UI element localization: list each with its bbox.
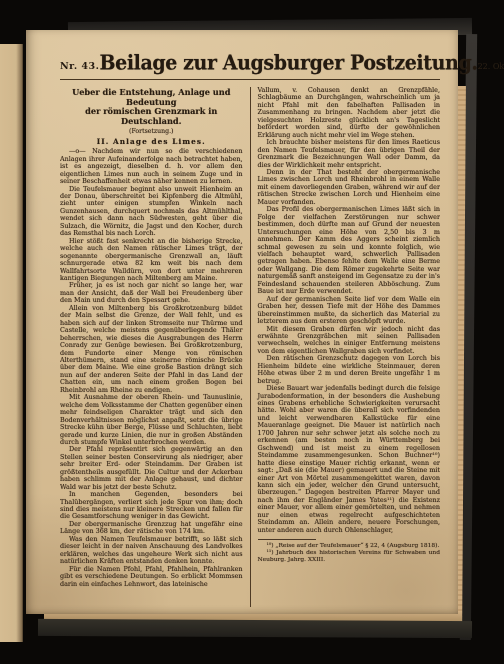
facing-page-edge <box>0 44 23 642</box>
continuation-note: (Fortsetzung.) <box>60 128 243 135</box>
article-paragraph: Ich brauchte bisher meistens für den lim… <box>258 139 441 169</box>
book-cover-bottom-edge <box>38 619 472 638</box>
section-heading: II. Anlage des Limes. <box>60 138 243 145</box>
article-paragraph: In manchen Gegenden, besonders bei Thalü… <box>60 491 243 521</box>
article-paragraph: —o— Nachdem wir nun so die verschiedenen… <box>60 148 243 185</box>
issue-date: 22. Okt. 1896. <box>478 62 504 71</box>
footnote: ¹¹) Jahrbuch des historischen Vereins fü… <box>258 550 441 564</box>
article-paragraph: Diese Bauart war jedenfalls bedingt durc… <box>258 385 441 534</box>
article-paragraph: Mit Ausnahme der oberen Rhein- und Taunu… <box>60 394 243 446</box>
article-paragraph: Mit diesem Graben dürfen wir jedoch nich… <box>258 326 441 356</box>
article-paragraph: Der obergermanische Grenzzug hat ungefäh… <box>60 521 243 536</box>
article-paragraph: Die Teufelsmauer beginnt also unweit Hie… <box>60 186 243 238</box>
article-paragraph: Allein von Miltenberg bis Großkrotzenbur… <box>60 305 243 394</box>
article-paragraph: Denn in der That besteht der obergermani… <box>258 169 441 206</box>
article-paragraph: Auf der germanischen Seite lief vor dem … <box>258 296 441 326</box>
article-paragraph: Für die Namen Pfohl, Pfahl, Pfahlhein, P… <box>60 566 243 588</box>
newspaper-page: Nr. 43. Beilage zur Augsburger Postzeitu… <box>26 30 458 614</box>
article-paragraph: Was den Namen Teufelsmauer betrifft, so … <box>60 536 243 566</box>
article-paragraph: Den rätischen Grenzschutz dagegen von Lo… <box>258 355 441 385</box>
article-paragraph: Das Profil des obergermanischen Limes lä… <box>258 206 441 295</box>
left-column: Ueber die Entstehung, Anlage und Bedeutu… <box>60 87 250 607</box>
article-title-line2: der römischen Grenzmark in Deutschland. <box>85 106 217 126</box>
right-column: Vallum, v. Cohausen denkt an Grenzpfähle… <box>250 87 441 607</box>
footnote-rule <box>258 539 316 540</box>
article-title-line1: Ueber die Entstehung, Anlage und Bedeutu… <box>72 87 230 107</box>
issue-number: Nr. 43. <box>60 61 99 72</box>
masthead-title: Beilage zur Augsburger Postzeitung. <box>99 51 477 75</box>
article-paragraph: Der Pfahl repräsentirt sich gegenwärtig … <box>60 446 243 491</box>
article-title: Ueber die Entstehung, Anlage und Bedeutu… <box>60 88 243 126</box>
masthead: Nr. 43. Beilage zur Augsburger Postzeitu… <box>26 30 458 74</box>
article-paragraph: Vallum, v. Cohausen denkt an Grenzpfähle… <box>258 87 441 139</box>
article-columns: Ueber die Entstehung, Anlage und Bedeutu… <box>60 87 440 607</box>
article-paragraph: Früher, ja es ist noch gar nicht so lang… <box>60 282 243 304</box>
footnotes: ¹⁰) „Reise auf der Teufelsmauer“ § 22, 4… <box>258 539 441 564</box>
masthead-rule <box>60 79 440 80</box>
article-paragraph: Hier stößt fast senkrecht an die bisheri… <box>60 238 243 283</box>
